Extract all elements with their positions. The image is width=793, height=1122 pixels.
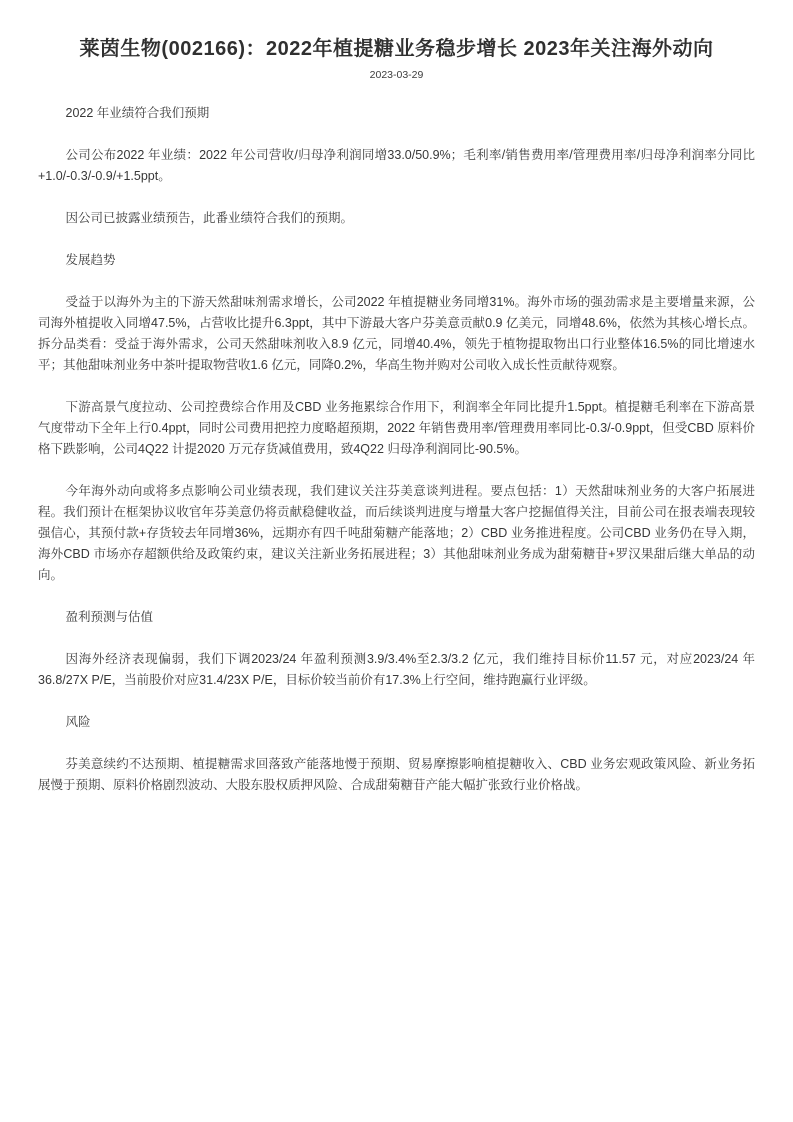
report-date: 2023-03-29 — [38, 69, 755, 82]
section-heading-trends: 发展趋势 — [38, 250, 755, 271]
section-heading-risks: 风险 — [38, 712, 755, 733]
body-paragraph: 受益于以海外为主的下游天然甜味剂需求增长，公司2022 年植提糖业务同增31%。… — [38, 292, 755, 376]
body-paragraph: 因公司已披露业绩预告，此番业绩符合我们的预期。 — [38, 208, 755, 229]
section-heading-results: 2022 年业绩符合我们预期 — [38, 103, 755, 124]
body-paragraph: 芬美意续约不达预期、植提糖需求回落致产能落地慢于预期、贸易摩擦影响植提糖收入、C… — [38, 754, 755, 796]
document-page: 莱茵生物(002166)：2022年植提糖业务稳步增长 2023年关注海外动向 … — [0, 0, 793, 1122]
body-paragraph: 今年海外动向或将多点影响公司业绩表现，我们建议关注芬美意谈判进程。要点包括：1）… — [38, 481, 755, 586]
body-paragraph: 公司公布2022 年业绩：2022 年公司营收/归母净利润同增33.0/50.9… — [38, 145, 755, 187]
body-paragraph: 下游高景气度拉动、公司控费综合作用及CBD 业务拖累综合作用下，利润率全年同比提… — [38, 397, 755, 460]
page-title: 莱茵生物(002166)：2022年植提糖业务稳步增长 2023年关注海外动向 — [38, 36, 755, 62]
document-body: 2022 年业绩符合我们预期 公司公布2022 年业绩：2022 年公司营收/归… — [38, 103, 755, 796]
body-paragraph: 因海外经济表现偏弱，我们下调2023/24 年盈利预测3.9/3.4%至2.3/… — [38, 649, 755, 691]
section-heading-valuation: 盈利预测与估值 — [38, 607, 755, 628]
